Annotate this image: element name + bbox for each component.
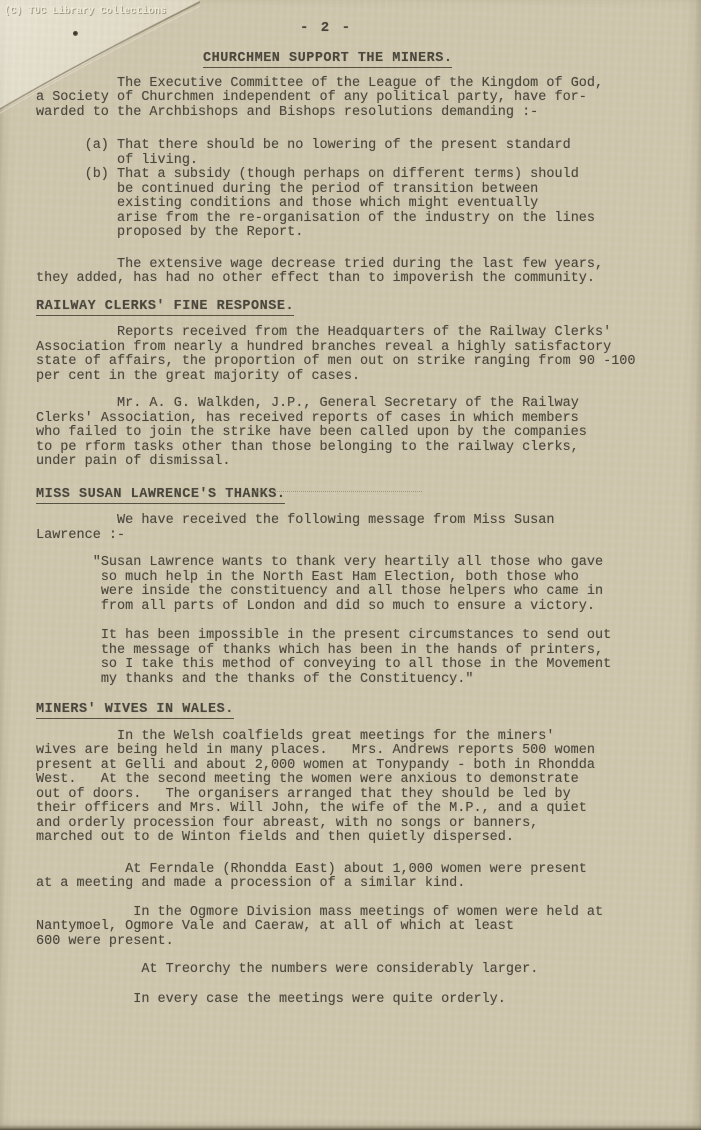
heading-miners-wives: MINERS' WIVES IN WALES. bbox=[36, 703, 696, 718]
paragraph: In the Welsh coalfields great meetings f… bbox=[36, 730, 696, 846]
copyright-watermark: (C) TUC Library Collections bbox=[4, 6, 166, 17]
paragraph: In every case the meetings were quite or… bbox=[36, 993, 696, 1008]
heading-underline: RAILWAY CLERKS' FINE RESPONSE. bbox=[36, 299, 294, 316]
paragraph: The extensive wage decrease tried during… bbox=[36, 258, 696, 287]
typewritten-text-column: CHURCHMEN SUPPORT THE MINERS. The Execut… bbox=[36, 52, 696, 1007]
heading-underline: MISS SUSAN LAWRENCE'S THANKS. bbox=[36, 487, 285, 504]
scanned-document-page: (C) TUC Library Collections - 2 - CHURCH… bbox=[0, 0, 701, 1130]
resolution-list: (a) That there should be no lowering of … bbox=[36, 139, 696, 241]
paragraph: At Ferndale (Rhondda East) about 1,000 w… bbox=[36, 863, 696, 892]
heading-railway-clerks: RAILWAY CLERKS' FINE RESPONSE. bbox=[36, 300, 696, 315]
heading-churchmen-support: CHURCHMEN SUPPORT THE MINERS. bbox=[203, 52, 696, 67]
pin-hole bbox=[73, 31, 78, 36]
paragraph: Reports received from the Headquarters o… bbox=[36, 326, 696, 384]
paragraph: We have received the following message f… bbox=[36, 514, 696, 543]
paragraph: At Treorchy the numbers were considerabl… bbox=[36, 963, 696, 978]
heading-underline: MINERS' WIVES IN WALES. bbox=[36, 702, 234, 719]
paragraph: Mr. A. G. Walkden, J.P., General Secreta… bbox=[36, 397, 696, 470]
paragraph: In the Ogmore Division mass meetings of … bbox=[36, 906, 696, 950]
faint-scan-artifact-line bbox=[252, 491, 422, 492]
paragraph: The Executive Committee of the League of… bbox=[36, 77, 696, 121]
page-bottom-edge-shadow bbox=[0, 1125, 701, 1130]
page-number: - 2 - bbox=[300, 20, 352, 36]
heading-susan-lawrence: MISS SUSAN LAWRENCE'S THANKS. bbox=[36, 488, 696, 503]
quoted-message: It has been impossible in the present ci… bbox=[36, 629, 696, 687]
heading-underline: CHURCHMEN SUPPORT THE MINERS. bbox=[203, 51, 452, 68]
quoted-message: "Susan Lawrence wants to thank very hear… bbox=[36, 556, 696, 614]
